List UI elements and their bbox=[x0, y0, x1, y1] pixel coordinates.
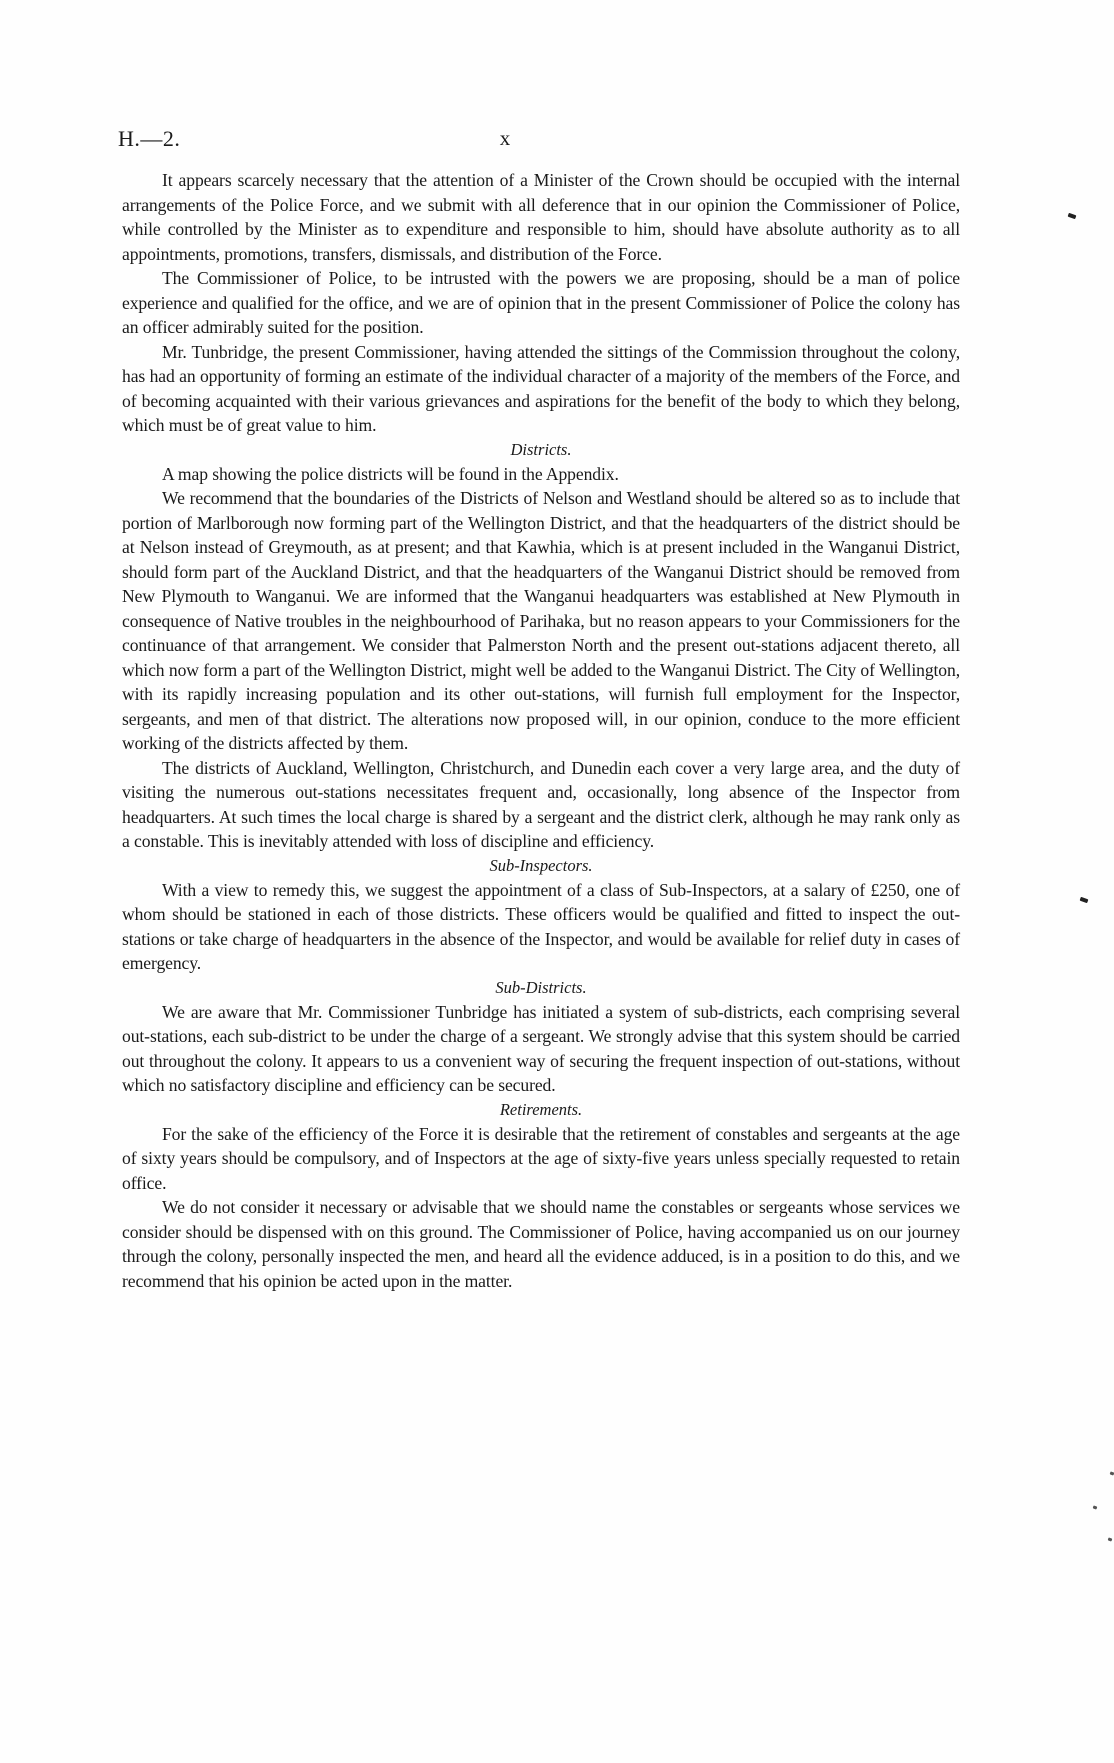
paragraph: Mr. Tunbridge, the present Commissioner,… bbox=[122, 340, 960, 438]
paragraph: It appears scarcely necessary that the a… bbox=[122, 168, 960, 266]
paragraph: We are aware that Mr. Commissioner Tunbr… bbox=[122, 1000, 960, 1098]
section-heading: Districts. bbox=[122, 438, 960, 462]
section-commissioner-authority: It appears scarcely necessary that the a… bbox=[122, 168, 960, 438]
paragraph: The Commissioner of Police, to be intrus… bbox=[122, 266, 960, 340]
document-page: H.—2. x It appears scarcely necessary th… bbox=[0, 0, 1114, 1763]
paragraph: A map showing the police districts will … bbox=[122, 462, 960, 487]
section-retirements: Retirements. For the sake of the efficie… bbox=[122, 1098, 960, 1294]
section-sub-inspectors: Sub-Inspectors. With a view to remedy th… bbox=[122, 854, 960, 976]
paragraph: The districts of Auckland, Wellington, C… bbox=[122, 756, 960, 854]
section-heading: Sub-Inspectors. bbox=[122, 854, 960, 878]
scan-artifact-mark bbox=[1110, 1471, 1114, 1475]
scan-artifact-mark bbox=[1108, 1537, 1113, 1541]
page-number: x bbox=[82, 126, 928, 151]
paragraph: For the sake of the efficiency of the Fo… bbox=[122, 1122, 960, 1196]
scan-artifact-mark bbox=[1080, 897, 1089, 903]
document-body: It appears scarcely necessary that the a… bbox=[122, 168, 960, 1293]
scan-artifact-mark bbox=[1068, 213, 1077, 219]
paragraph: We recommend that the boundaries of the … bbox=[122, 486, 960, 756]
section-sub-districts: Sub-Districts. We are aware that Mr. Com… bbox=[122, 976, 960, 1098]
section-heading: Retirements. bbox=[122, 1098, 960, 1122]
scan-artifact-mark bbox=[1093, 1505, 1098, 1509]
paragraph: With a view to remedy this, we suggest t… bbox=[122, 878, 960, 976]
section-districts: Districts. A map showing the police dist… bbox=[122, 438, 960, 854]
section-heading: Sub-Districts. bbox=[122, 976, 960, 1000]
page-header: H.—2. x bbox=[118, 126, 964, 156]
paragraph: We do not consider it necessary or advis… bbox=[122, 1195, 960, 1293]
